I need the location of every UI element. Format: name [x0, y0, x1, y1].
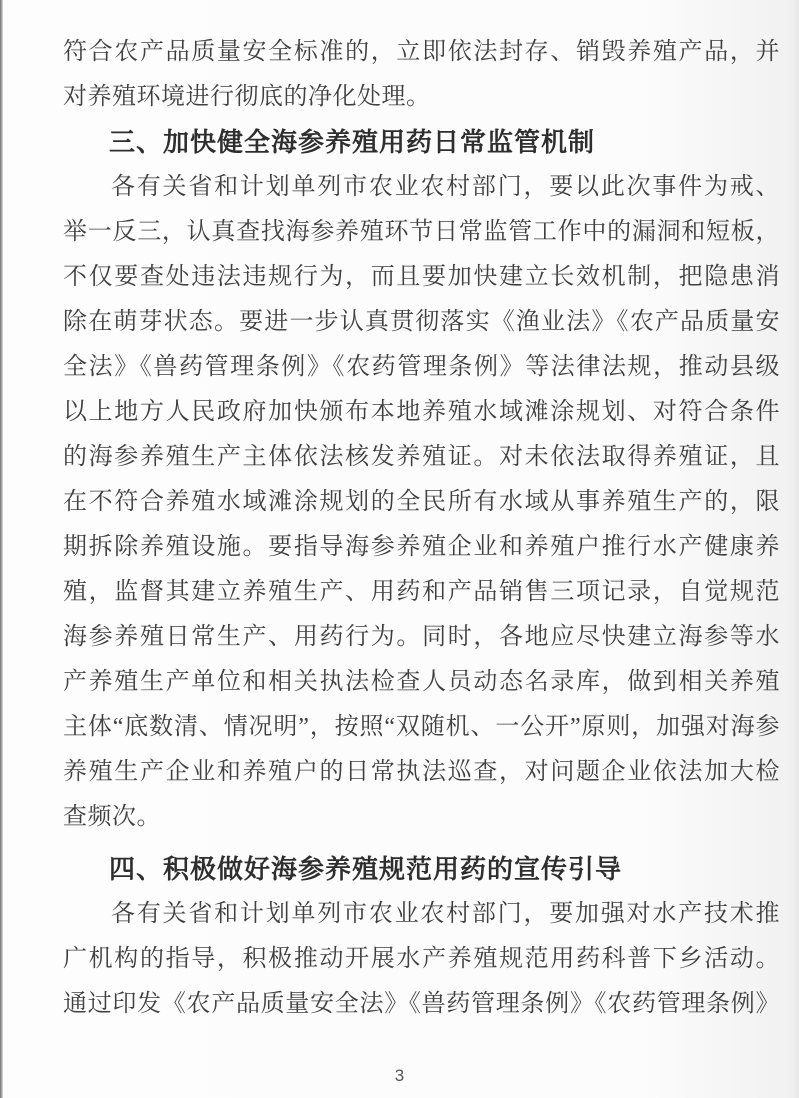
text-line: 在不符合养殖水域滩涂规划的全民所有水域从事养殖生产的，限 — [63, 480, 780, 525]
text-line: 各有关省和计划单列市农业农村部门，要加强对水产技术推 — [63, 892, 780, 937]
text-line: 不仅要查处违法违规行为，而且要加快建立长效机制，把隐患消 — [63, 255, 780, 300]
text-line: 以上地方人民政府加快颁布本地养殖水域滩涂规划、对符合条件 — [63, 390, 780, 435]
text-line: 全法》《兽药管理条例》《农药管理条例》等法律法规，推动县级 — [63, 345, 780, 390]
text-line: 查频次。 — [63, 795, 780, 840]
text-line: 对养殖环境进行彻底的净化处理。 — [63, 75, 780, 120]
text-line: 举一反三，认真查找海参养殖环节日常监管工作中的漏洞和短板， — [63, 210, 780, 255]
text-line: 符合农产品质量安全标准的，立即依法封存、销毁养殖产品，并 — [63, 30, 780, 75]
text-line: 海参养殖日常生产、用药行为。同时，各地应尽快建立海参等水 — [63, 615, 780, 660]
text-line: 各有关省和计划单列市农业农村部门，要以此次事件为戒、 — [63, 165, 780, 210]
text-line: 通过印发《农产品质量安全法》《兽药管理条例》《农药管理条例》 — [63, 982, 780, 1027]
text-line: 广机构的指导，积极推动开展水产养殖规范用药科普下乡活动。 — [63, 937, 780, 982]
text-line: 除在萌芽状态。要进一步认真贯彻落实《渔业法》《农产品质量安 — [63, 300, 780, 345]
text-line: 产养殖生产单位和相关执法检查人员动态名录库，做到相关养殖 — [63, 660, 780, 705]
text-line: 养殖生产企业和养殖户的日常执法巡查，对问题企业依法加大检 — [63, 750, 780, 795]
scan-edge-left — [0, 0, 3, 1098]
text-line: 的海参养殖生产主体依法核发养殖证。对未依法取得养殖证，且 — [63, 435, 780, 480]
text-line: 殖，监督其建立养殖生产、用药和产品销售三项记录，自觉规范 — [63, 570, 780, 615]
page-number: 3 — [0, 1066, 799, 1086]
document-page: 符合农产品质量安全标准的，立即依法封存、销毁养殖产品，并对养殖环境进行彻底的净化… — [0, 0, 799, 1098]
text-line: 主体“底数清、情况明”，按照“双随机、一公开”原则，加强对海参 — [63, 705, 780, 750]
section-heading: 三、加快健全海参养殖用药日常监管机制 — [63, 120, 780, 165]
text-line: 期拆除养殖设施。要指导海参养殖企业和养殖户推行水产健康养 — [63, 525, 780, 570]
section-heading: 四、积极做好海参养殖规范用药的宣传引导 — [63, 847, 780, 892]
document-body: 符合农产品质量安全标准的，立即依法封存、销毁养殖产品，并对养殖环境进行彻底的净化… — [63, 30, 780, 1027]
